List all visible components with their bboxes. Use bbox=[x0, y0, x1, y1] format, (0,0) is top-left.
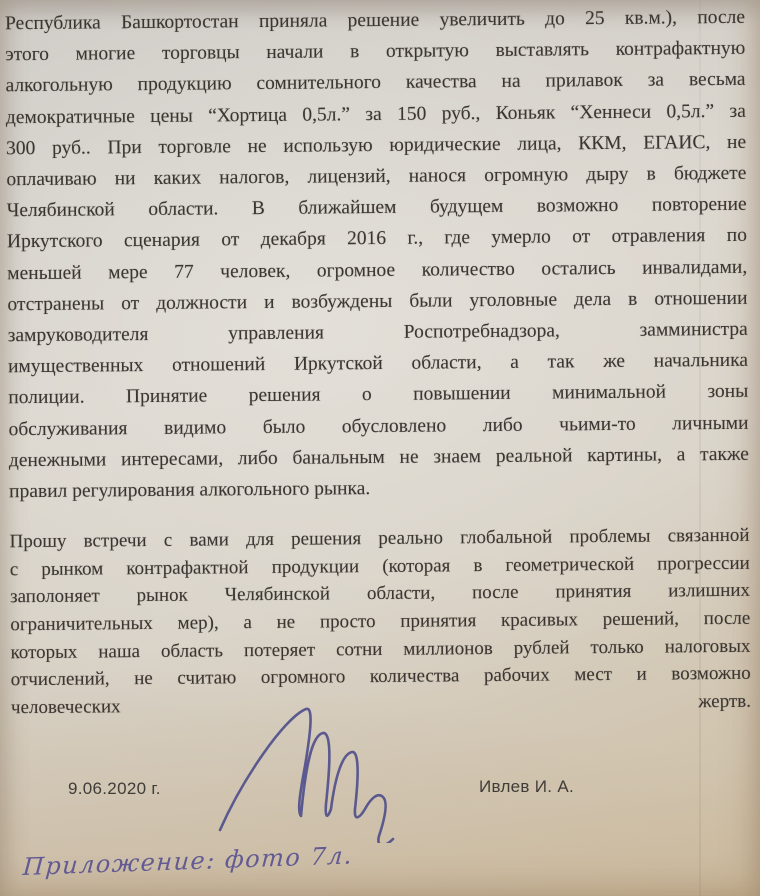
text-line: денежными интересами, либо банальным не … bbox=[9, 439, 749, 477]
paragraph-2: Прошу встречи с вами для решения реально… bbox=[9, 522, 751, 722]
date-label: 9.06.2020 г. bbox=[68, 779, 161, 799]
attachment-note-handwritten: Приложение: фото 7л. bbox=[22, 841, 354, 881]
text-line: правил регулирования алкогольного рынка. bbox=[9, 470, 749, 508]
text-fragment: человеческих bbox=[11, 693, 121, 722]
signature-scribble-icon bbox=[212, 698, 437, 843]
letter-body: Республика Башкортостан приняла решение … bbox=[5, 2, 751, 722]
paragraph-1: Республика Башкортостан приняла решение … bbox=[5, 2, 749, 508]
signer-name: Ивлев И. А. bbox=[479, 777, 574, 797]
signature bbox=[212, 698, 437, 843]
text-fragment: жертв. bbox=[698, 688, 751, 716]
scanned-letter-page: Республика Башкортостан приняла решение … bbox=[0, 0, 760, 896]
